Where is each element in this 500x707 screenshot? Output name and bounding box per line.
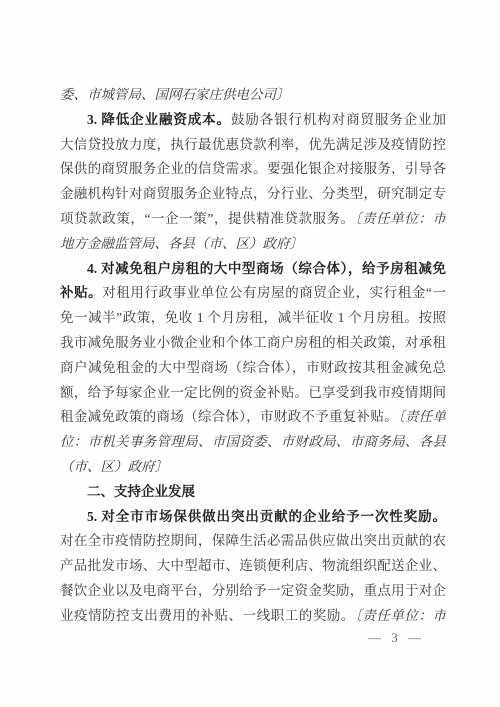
text-segment: 免一减半”政策，免收 1 个月房租，减半征收 1 个月房租。按照 xyxy=(60,310,446,325)
text-line: 商户减免租金的大中型商场（综合体），市财政按其租金减免总 xyxy=(60,356,446,381)
text-segment: 金融机构针对商贸服务企业特点，分行业、分类型，研究制定专 xyxy=(60,186,446,201)
text-segment: 补贴。 xyxy=(60,285,102,300)
section-heading: 二、支持企业发展 xyxy=(60,480,446,505)
text-segment: 二、支持企业发展 xyxy=(87,484,195,499)
text-segment: 地方金融监管局、各县（市、区）政府〕 xyxy=(60,236,303,251)
text-segment: （市、区）政府〕 xyxy=(60,459,168,474)
text-line: 地方金融监管局、各县（市、区）政府〕 xyxy=(60,232,446,257)
text-segment: 额，给予每家企业一定比例的资金补贴。已享受到我市疫情期间 xyxy=(60,385,446,400)
text-segment: 餐饮企业以及电商平台，分别给予一定资金奖励，重点用于对企 xyxy=(60,583,446,598)
text-segment: 保供的商贸服务企业的信贷需求。要强化银企对接服务，引导各 xyxy=(60,161,446,176)
paragraph-start: 4. 对减免租户房租的大中型商场（综合体），给予房租减免 xyxy=(60,257,446,282)
text-segment: 委、市城管局、国网石家庄供电公司〕 xyxy=(60,87,290,102)
text-segment: 项贷款政策，“一企一策”，提供精准贷款服务。 xyxy=(60,211,355,226)
text-line: 大信贷投放力度，执行最优惠贷款利率，优先满足涉及疫情防控 xyxy=(60,133,446,158)
text-line: 项贷款政策，“一企一策”，提供精准贷款服务。〔责任单位：市 xyxy=(60,207,446,232)
text-line: 免一减半”政策，免收 1 个月房租，减半征收 1 个月房租。按照 xyxy=(60,306,446,331)
text-segment: 产品批发市场、大中型超市、连锁便利店、物流组织配送企业、 xyxy=(60,558,446,573)
text-line: 补贴。对租用行政事业单位公有房屋的商贸企业，实行租金“一 xyxy=(60,281,446,306)
text-line: 餐饮企业以及电商平台，分别给予一定资金奖励，重点用于对企 xyxy=(60,579,446,604)
text-segment: 3. 降低企业融资成本。 xyxy=(87,112,231,127)
text-segment: 对在全市疫情防控期间，保障生活必需品供应做出突出贡献的农 xyxy=(60,533,446,548)
text-segment: 我市减免服务业小微企业和个体工商户房租的相关政策，对承租 xyxy=(60,335,446,350)
text-segment: 〔责任单位：市 xyxy=(355,211,446,226)
text-segment: 业疫情防控支出费用的补贴、一线职工的奖励。 xyxy=(60,608,355,623)
text-line: 金融机构针对商贸服务企业特点，分行业、分类型，研究制定专 xyxy=(60,182,446,207)
text-line: 额，给予每家企业一定比例的资金补贴。已享受到我市疫情期间 xyxy=(60,381,446,406)
text-line: 业疫情防控支出费用的补贴、一线职工的奖励。〔责任单位：市 xyxy=(60,604,446,629)
text-line: 租金减免政策的商场（综合体），市财政不予重复补贴。〔责任单 xyxy=(60,405,446,430)
text-line: 我市减免服务业小微企业和个体工商户房租的相关政策，对承租 xyxy=(60,331,446,356)
document-body: 委、市城管局、国网石家庄供电公司〕3. 降低企业融资成本。鼓励各银行机构对商贸服… xyxy=(60,83,446,629)
text-segment: 商户减免租金的大中型商场（综合体），市财政按其租金减免总 xyxy=(60,360,446,375)
text-segment: 5. 对全市市场保供做出突出贡献的企业给予一次性奖励。 xyxy=(87,509,446,524)
text-segment: 对租用行政事业单位公有房屋的商贸企业，实行租金“一 xyxy=(102,285,446,300)
text-segment: 鼓励各银行机构对商贸服务企业加 xyxy=(231,112,446,127)
paragraph-start: 5. 对全市市场保供做出突出贡献的企业给予一次性奖励。 xyxy=(60,505,446,530)
text-line: （市、区）政府〕 xyxy=(60,455,446,480)
page-number: — 3 — xyxy=(368,630,422,646)
text-segment: 租金减免政策的商场（综合体），市财政不予重复补贴。 xyxy=(60,409,398,424)
text-line: 对在全市疫情防控期间，保障生活必需品供应做出突出贡献的农 xyxy=(60,529,446,554)
text-segment: 〔责任单位：市 xyxy=(355,608,446,623)
text-segment: 大信贷投放力度，执行最优惠贷款利率，优先满足涉及疫情防控 xyxy=(60,137,446,152)
text-line: 产品批发市场、大中型超市、连锁便利店、物流组织配送企业、 xyxy=(60,554,446,579)
page: 委、市城管局、国网石家庄供电公司〕3. 降低企业融资成本。鼓励各银行机构对商贸服… xyxy=(0,0,500,707)
text-segment: 位：市机关事务管理局、市国资委、市财政局、市商务局、各县 xyxy=(60,434,446,449)
text-line: 保供的商贸服务企业的信贷需求。要强化银企对接服务，引导各 xyxy=(60,157,446,182)
text-segment: 〔责任单 xyxy=(398,409,446,424)
text-line: 位：市机关事务管理局、市国资委、市财政局、市商务局、各县 xyxy=(60,430,446,455)
paragraph-start: 3. 降低企业融资成本。鼓励各银行机构对商贸服务企业加 xyxy=(60,108,446,133)
paragraph-continuation: 委、市城管局、国网石家庄供电公司〕 xyxy=(60,83,446,108)
text-segment: 4. 对减免租户房租的大中型商场（综合体），给予房租减免 xyxy=(87,261,446,276)
